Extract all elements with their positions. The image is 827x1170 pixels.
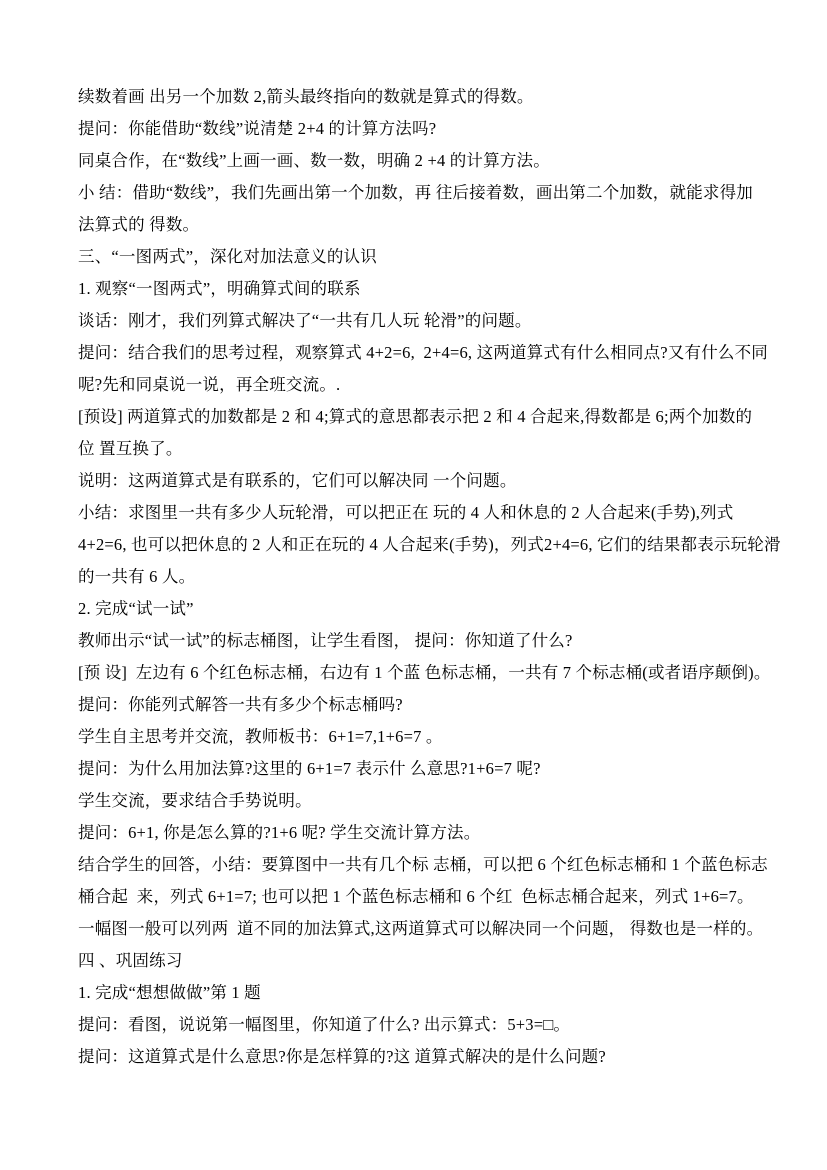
text-line: 学生自主思考并交流，教师板书：6+1=7,1+6=7 。: [78, 721, 790, 753]
text-line: 提问：6+1, 你是怎么算的?1+6 呢? 学生交流计算方法。: [78, 817, 790, 849]
text-line: 桶合起 来，列式 6+1=7; 也可以把 1 个蓝色标志桶和 6 个红 色标志桶…: [78, 881, 790, 913]
subsection-heading: 2. 完成“试一试”: [78, 593, 790, 625]
text-line: 位 置互换了。: [78, 433, 790, 465]
text-line: 提问：你能借助“数线”说清楚 2+4 的计算方法吗?: [78, 113, 790, 145]
text-line: 续数着画 出另一个加数 2,箭头最终指向的数就是算式的得数。: [78, 81, 790, 113]
document-body: 续数着画 出另一个加数 2,箭头最终指向的数就是算式的得数。 提问：你能借助“数…: [78, 81, 790, 1073]
text-line: 法算式的 得数。: [78, 209, 790, 241]
text-line: 的一共有 6 人。: [78, 561, 790, 593]
text-line: 教师出示“试一试”的标志桶图，让学生看图， 提问：你知道了什么?: [78, 625, 790, 657]
subsection-heading: 1. 完成“想想做做”第 1 题: [78, 977, 790, 1009]
text-line: 4+2=6, 也可以把休息的 2 人和正在玩的 4 人合起来(手势)，列式2+4…: [78, 529, 790, 561]
text-line: [预设] 两道算式的加数都是 2 和 4;算式的意思都表示把 2 和 4 合起来…: [78, 401, 790, 433]
text-line: 一幅图一般可以列两 道不同的加法算式,这两道算式可以解决同一个问题， 得数也是一…: [78, 913, 790, 945]
document-page: 续数着画 出另一个加数 2,箭头最终指向的数就是算式的得数。 提问：你能借助“数…: [0, 0, 827, 1170]
text-line: [预 设] 左边有 6 个红色标志桶，右边有 1 个蓝 色标志桶，一共有 7 个…: [78, 657, 790, 689]
text-line: 提问：这道算式是什么意思?你是怎样算的?这 道算式解决的是什么问题?: [78, 1041, 790, 1073]
text-line: 呢?先和同桌说一说，再全班交流。.: [78, 369, 790, 401]
text-line: 结合学生的回答，小结：要算图中一共有几个标 志桶，可以把 6 个红色标志桶和 1…: [78, 849, 790, 881]
text-line: 提问：为什么用加法算?这里的 6+1=7 表示什 么意思?1+6=7 呢?: [78, 753, 790, 785]
section-heading: 四 、巩固练习: [78, 945, 790, 977]
text-line: 小 结：借助“数线”，我们先画出第一个加数，再 往后接着数，画出第二个加数，就能…: [78, 177, 790, 209]
text-line: 说明：这两道算式是有联系的，它们可以解决同 一个问题。: [78, 465, 790, 497]
subsection-heading: 1. 观察“一图两式”，明确算式间的联系: [78, 273, 790, 305]
text-line: 小结：求图里一共有多少人玩轮滑，可以把正在 玩的 4 人和休息的 2 人合起来(…: [78, 497, 790, 529]
text-line: 提问：看图，说说第一幅图里，你知道了什么? 出示算式：5+3=□。: [78, 1009, 790, 1041]
text-line: 谈话：刚才，我们列算式解决了“一共有几人玩 轮滑”的问题。: [78, 305, 790, 337]
text-line: 学生交流，要求结合手势说明。: [78, 785, 790, 817]
text-line: 提问：结合我们的思考过程，观察算式 4+2=6, 2+4=6, 这两道算式有什么…: [78, 337, 790, 369]
text-line: 同桌合作，在“数线”上画一画、数一数，明确 2 +4 的计算方法。: [78, 145, 790, 177]
section-heading: 三、“一图两式”，深化对加法意义的认识: [78, 241, 790, 273]
text-line: 提问：你能列式解答一共有多少个标志桶吗?: [78, 689, 790, 721]
